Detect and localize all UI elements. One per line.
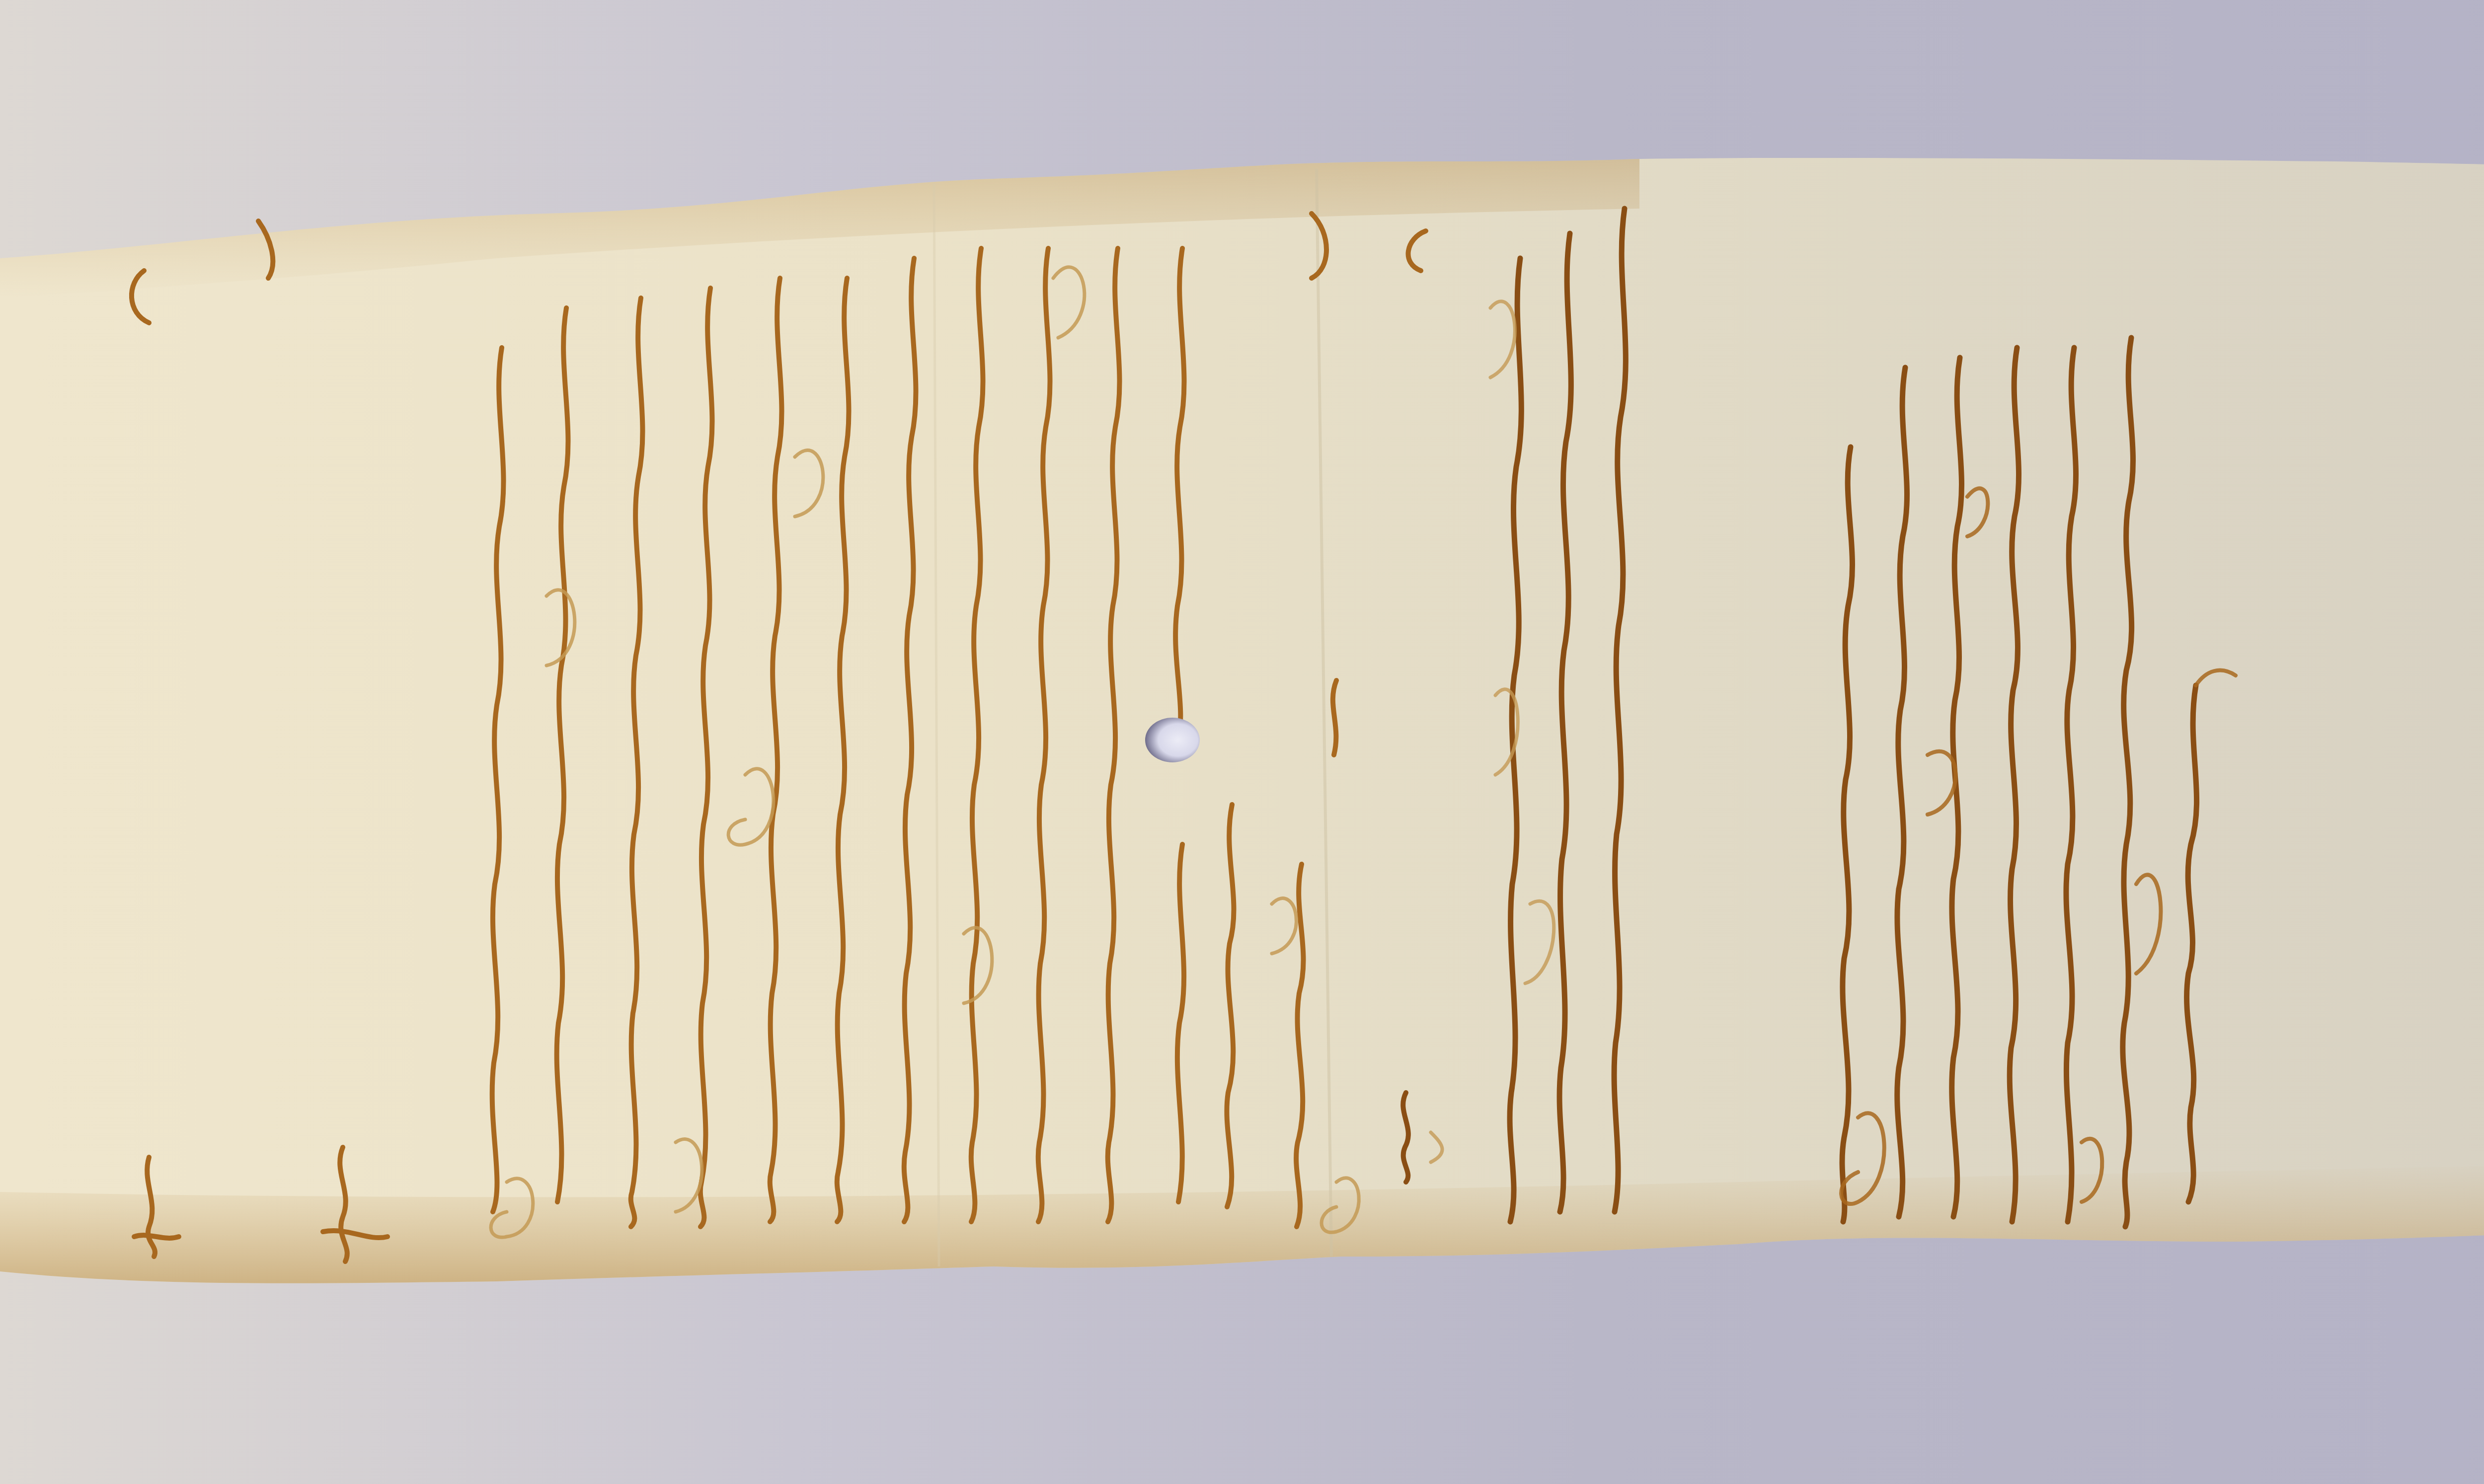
paper-sheet <box>0 158 2484 1283</box>
manuscript-page <box>0 0 2484 1484</box>
paper-hole <box>1145 718 1200 762</box>
photo-stage: early-modern cursive (illegible secretar… <box>0 0 2484 1484</box>
